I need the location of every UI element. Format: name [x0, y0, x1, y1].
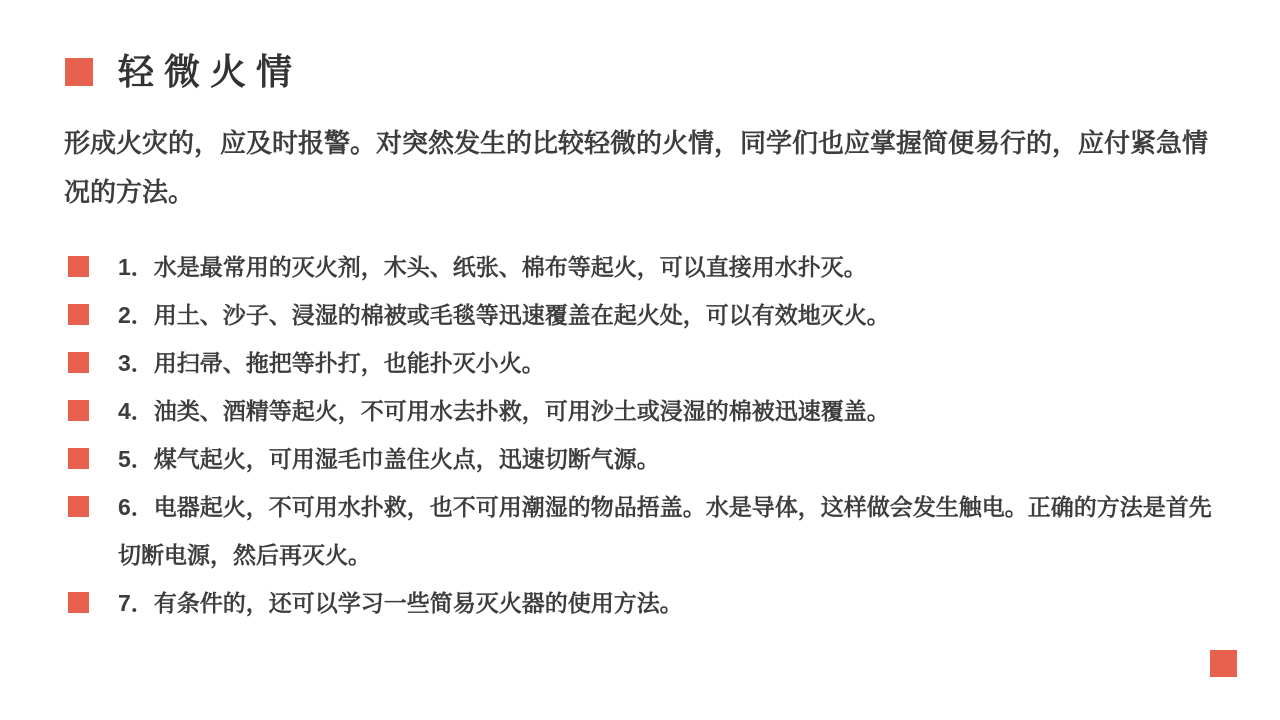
list-item-text: 4．油类、酒精等起火，不可用水去扑救，可用沙土或浸湿的棉被迅速覆盖。 — [118, 387, 1220, 435]
slide-canvas: 轻微火情 形成火灾的，应及时报警。对突然发生的比较轻微的火情，同学们也应掌握简便… — [0, 0, 1280, 720]
slide-title-row: 轻微火情 — [65, 52, 1216, 92]
list-item-text: 5．煤气起火，可用湿毛巾盖住火点，迅速切断气源。 — [118, 435, 1220, 483]
bullet-square-icon — [68, 496, 89, 517]
bullet-square-icon — [68, 448, 89, 469]
list-item: 3．用扫帚、拖把等扑打，也能扑灭小火。 — [64, 339, 1220, 387]
list-item: 2．用土、沙子、浸湿的棉被或毛毯等迅速覆盖在起火处，可以有效地灭火。 — [64, 291, 1220, 339]
bullet-square-icon — [68, 400, 89, 421]
list-item-text: 1．水是最常用的灭火剂，木头、纸张、棉布等起火，可以直接用水扑灭。 — [118, 243, 1220, 291]
bullet-square-icon — [68, 304, 89, 325]
bullet-square-icon — [68, 592, 89, 613]
intro-paragraph: 形成火灾的，应及时报警。对突然发生的比较轻微的火情，同学们也应掌握简便易行的，应… — [64, 119, 1220, 217]
list-item: 6．电器起火，不可用水扑救，也不可用潮湿的物品捂盖。水是导体，这样做会发生触电。… — [64, 483, 1220, 579]
bullet-square-icon — [68, 352, 89, 373]
page-title: 轻微火情 — [118, 52, 302, 92]
list-item: 4．油类、酒精等起火，不可用水去扑救，可用沙土或浸湿的棉被迅速覆盖。 — [64, 387, 1220, 435]
bullet-square-icon — [68, 256, 89, 277]
list-item: 1．水是最常用的灭火剂，木头、纸张、棉布等起火，可以直接用水扑灭。 — [64, 243, 1220, 291]
list-item-text: 7．有条件的，还可以学习一些简易灭火器的使用方法。 — [118, 579, 1220, 627]
list-item: 7．有条件的，还可以学习一些简易灭火器的使用方法。 — [64, 579, 1220, 627]
title-bullet-square-icon — [65, 58, 93, 86]
list-item: 5．煤气起火，可用湿毛巾盖住火点，迅速切断气源。 — [64, 435, 1220, 483]
fire-tips-list: 1．水是最常用的灭火剂，木头、纸张、棉布等起火，可以直接用水扑灭。 2．用土、沙… — [64, 243, 1220, 627]
list-item-text: 2．用土、沙子、浸湿的棉被或毛毯等迅速覆盖在起火处，可以有效地灭火。 — [118, 291, 1220, 339]
corner-decoration-square-icon — [1210, 650, 1237, 677]
list-item-text: 6．电器起火，不可用水扑救，也不可用潮湿的物品捂盖。水是导体，这样做会发生触电。… — [118, 483, 1220, 579]
list-item-text: 3．用扫帚、拖把等扑打，也能扑灭小火。 — [118, 339, 1220, 387]
